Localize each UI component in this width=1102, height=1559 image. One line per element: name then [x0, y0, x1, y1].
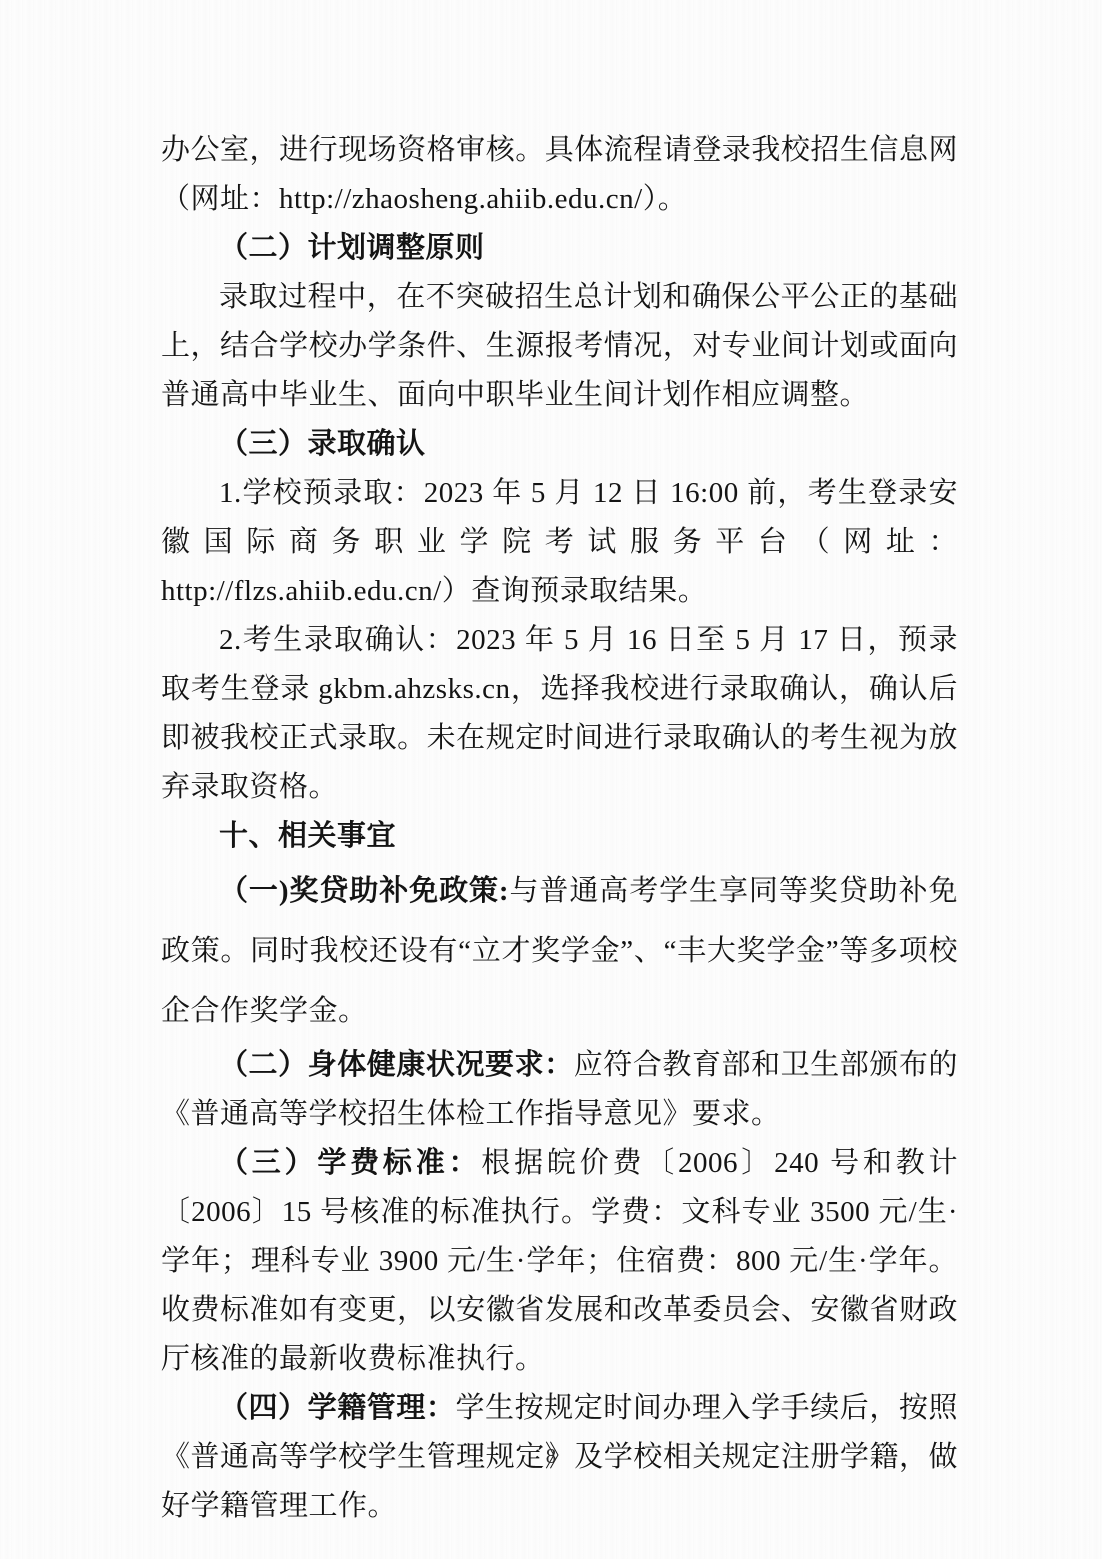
paragraph-plan-adjustment-text: 录取过程中，在不突破招生总计划和确保公平公正的基础上，结合学校办学条件、生源报考…: [161, 281, 958, 411]
document-body: 办公室，进行现场资格审核。具体流程请登录我校招生信息网（网址：http://zh…: [161, 126, 958, 1531]
document-page: 办公室，进行现场资格审核。具体流程请登录我校招生信息网（网址：http://zh…: [0, 0, 1102, 1559]
paragraph-pre-admission-text: 1.学校预录取：2023 年 5 月 12 日 16:00 前，考生登录安徽国际…: [161, 477, 958, 607]
paragraph-plan-adjustment: 录取过程中，在不突破招生总计划和确保公平公正的基础上，结合学校办学条件、生源报考…: [161, 273, 958, 420]
heading-related-matters: 十、相关事宜: [161, 812, 958, 861]
paragraph-tuition-standard-lead: （三）学费标准：: [219, 1147, 481, 1179]
paragraph-continuation-onsite-review: 办公室，进行现场资格审核。具体流程请登录我校招生信息网（网址：http://zh…: [161, 126, 958, 224]
paragraph-student-status-management-lead: （四）学籍管理：: [219, 1392, 456, 1424]
heading-plan-adjustment-principle-lead: （二）计划调整原则: [219, 232, 485, 264]
paragraph-scholarship-policy-lead: （一)奖贷助补免政策:: [219, 875, 509, 907]
heading-related-matters-lead: 十、相关事宜: [219, 820, 396, 852]
paragraph-tuition-standard-text: 根据皖价费〔2006〕240 号和教计〔2006〕15 号核准的标准执行。学费：…: [161, 1147, 958, 1375]
heading-admission-confirmation: （三）录取确认: [161, 420, 958, 469]
paragraph-health-requirements-lead: （二）身体健康状况要求：: [219, 1049, 574, 1081]
paragraph-scholarship-policy: （一)奖贷助补免政策:与普通高考学生享同等奖贷助补免政策。同时我校还设有“立才奖…: [161, 861, 958, 1041]
paragraph-candidate-confirmation: 2.考生录取确认：2023 年 5 月 16 日至 5 月 17 日，预录取考生…: [161, 616, 958, 812]
paragraph-pre-admission: 1.学校预录取：2023 年 5 月 12 日 16:00 前，考生登录安徽国际…: [161, 469, 958, 616]
paragraph-tuition-standard: （三）学费标准：根据皖价费〔2006〕240 号和教计〔2006〕15 号核准的…: [161, 1139, 958, 1384]
paragraph-continuation-onsite-review-text: 办公室，进行现场资格审核。具体流程请登录我校招生信息网（网址：http://zh…: [161, 134, 958, 215]
paragraph-candidate-confirmation-text: 2.考生录取确认：2023 年 5 月 16 日至 5 月 17 日，预录取考生…: [161, 624, 958, 803]
heading-plan-adjustment-principle: （二）计划调整原则: [161, 224, 958, 273]
heading-admission-confirmation-lead: （三）录取确认: [219, 428, 426, 460]
paragraph-health-requirements: （二）身体健康状况要求：应符合教育部和卫生部颁布的《普通高等学校招生体检工作指导…: [161, 1041, 958, 1139]
page-number: 8: [0, 1444, 1102, 1469]
